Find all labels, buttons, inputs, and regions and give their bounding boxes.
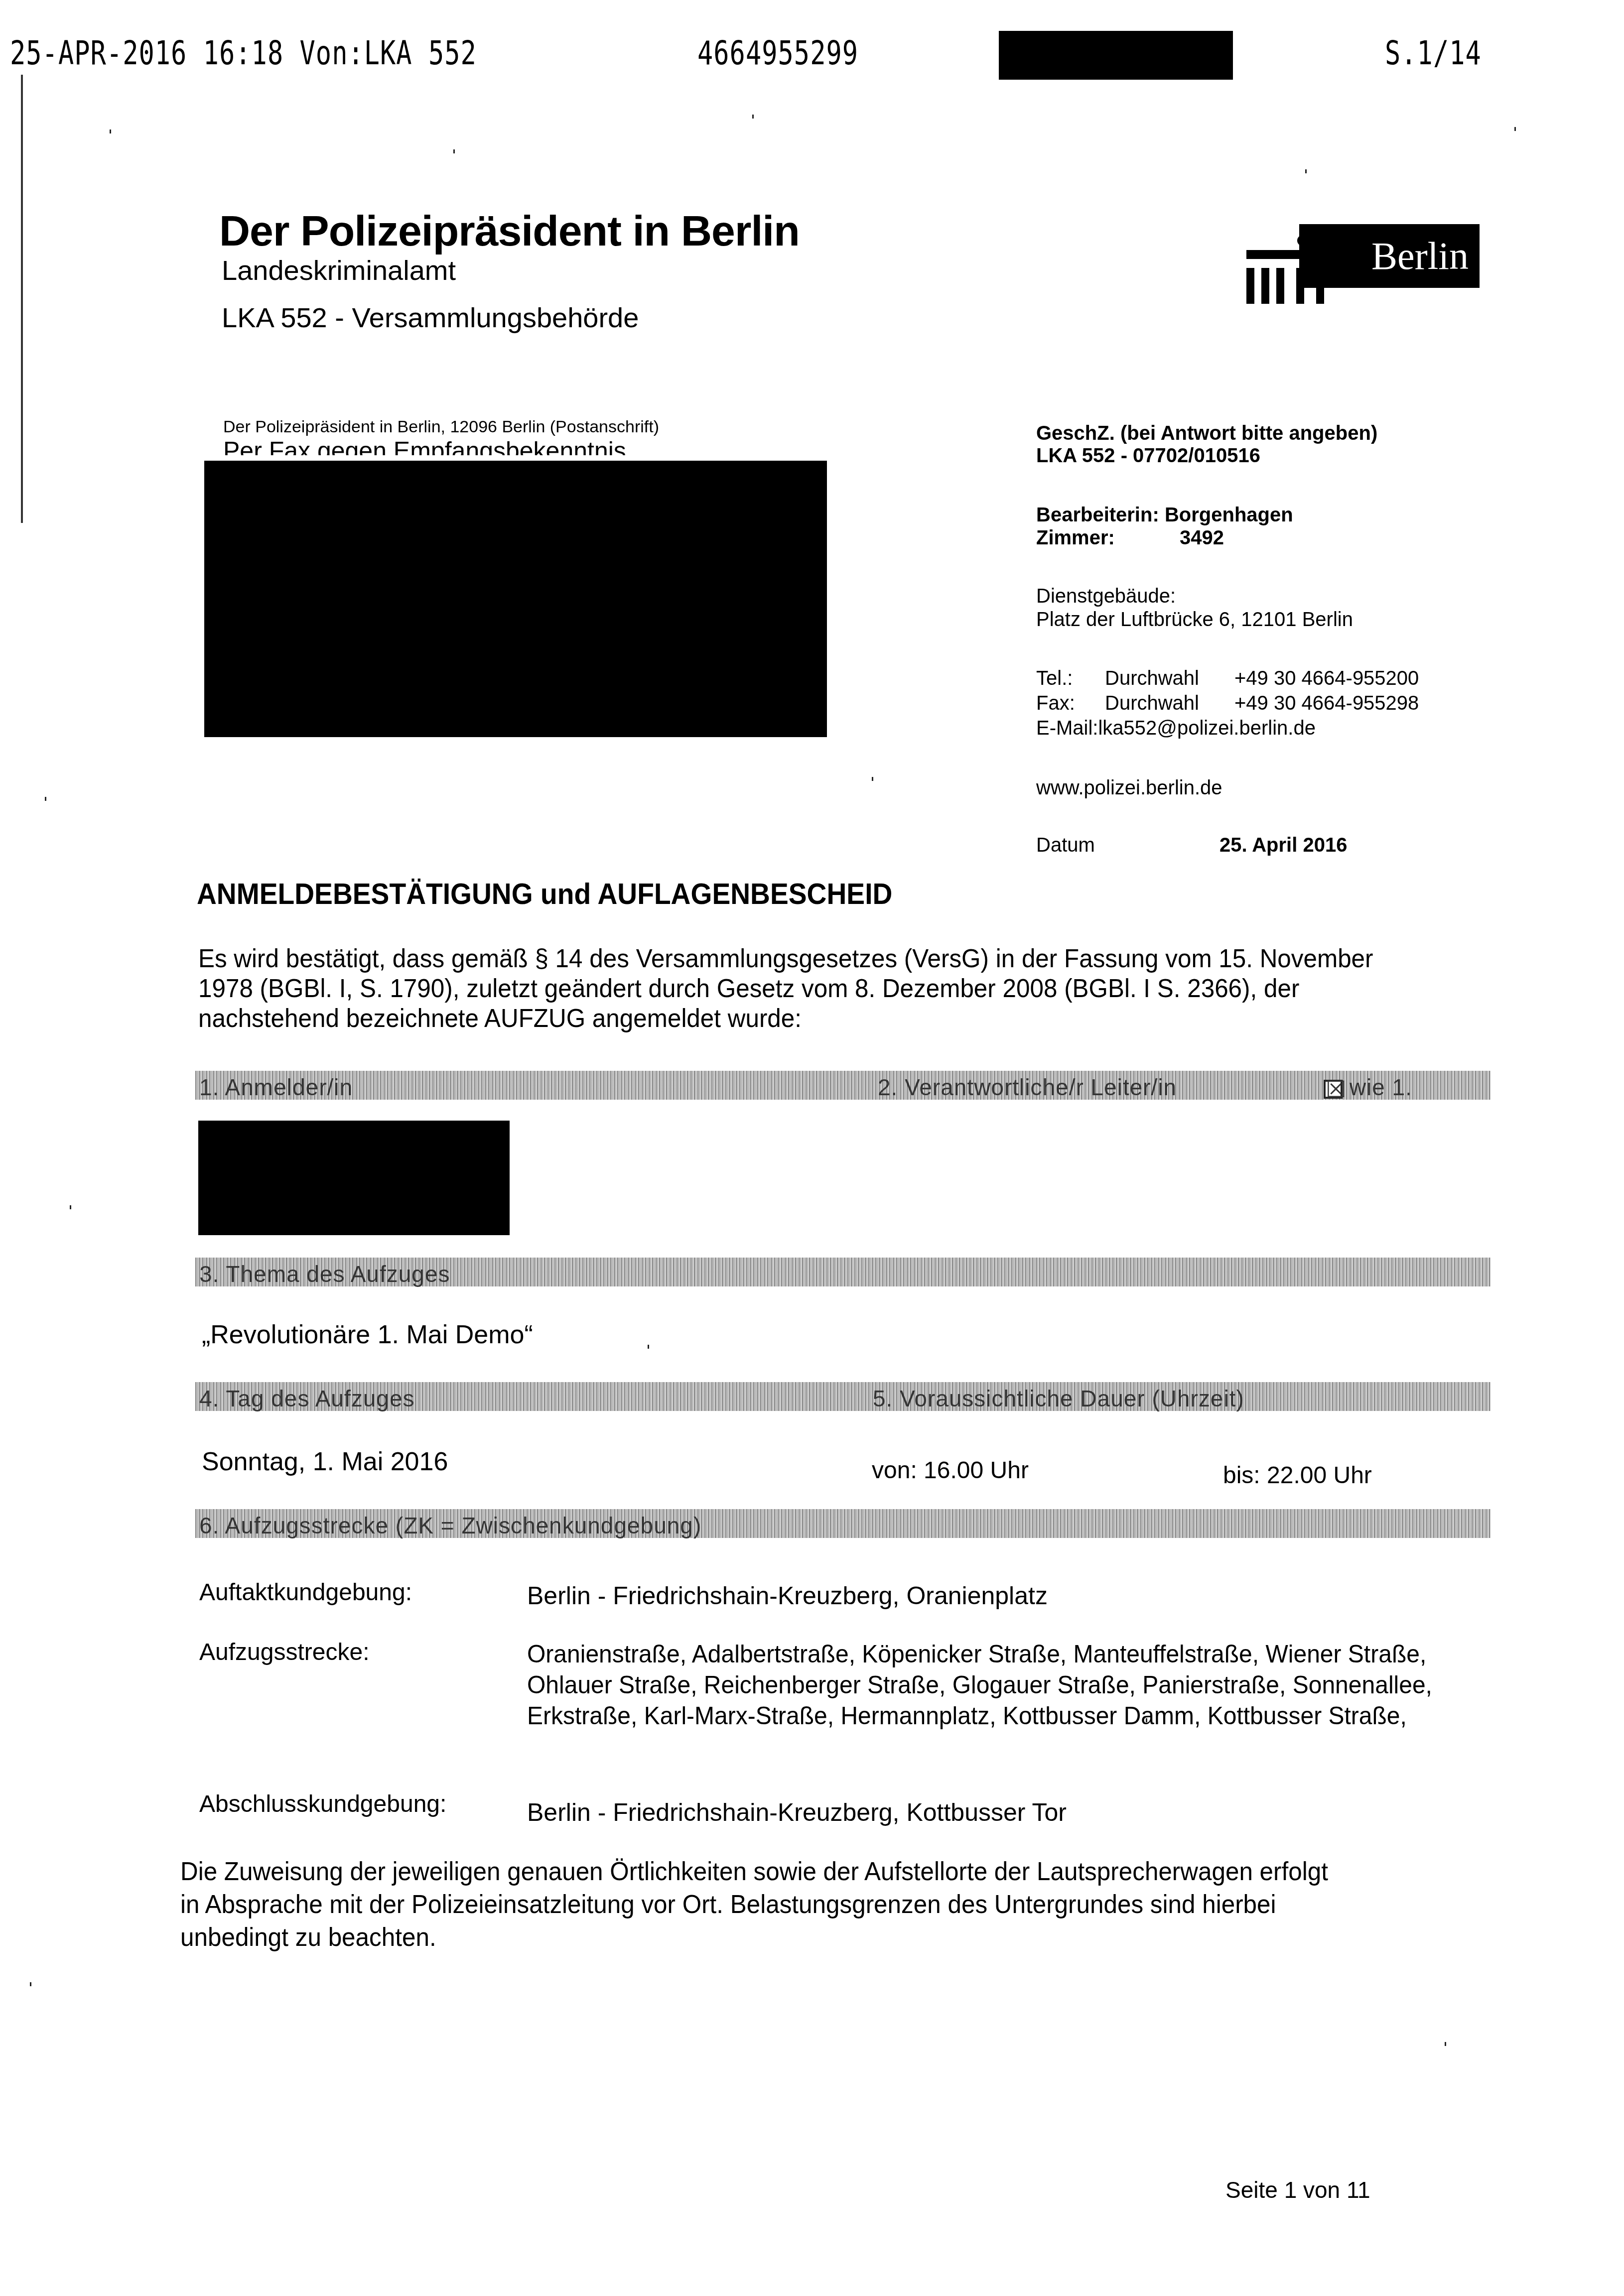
fax-label: Fax: [1036,692,1075,715]
page-footer: Seite 1 von 11 [1225,2176,1370,2203]
fax-timestamp-sender: 25-APR-2016 16:18 Von:LKA 552 [10,35,477,72]
fax-number: 4664955299 [697,35,858,72]
section-1-label: 1. Anmelder/in [199,1074,353,1101]
applicant-redaction [198,1121,510,1235]
clerk-row: Bearbeiterin: Borgenhagen [1036,504,1293,526]
room-label: Zimmer: [1036,527,1115,549]
section-bar-3: 3. Thema des Aufzuges [195,1258,1490,1286]
logo-text: Berlin [1299,224,1480,288]
end-rally-location: Berlin - Friedrichshain-Kreuzberg, Kottb… [527,1798,1067,1827]
logo-column-icon [1246,268,1254,304]
scan-noise [752,115,754,119]
demo-end-time: bis: 22.00 Uhr [1223,1462,1372,1489]
intro-paragraph: Es wird bestätigt, dass gemäß § 14 des V… [198,944,1429,1033]
scan-noise [648,1345,649,1349]
logo-column-icon [1276,268,1284,304]
tel-number: +49 30 4664-955200 [1234,667,1419,690]
reference-number: LKA 552 - 07702/010516 [1036,445,1260,467]
scan-noise [70,1205,71,1209]
start-rally-location: Berlin - Friedrichshain-Kreuzberg, Orani… [527,1581,1048,1610]
logo-column-icon [1261,268,1269,304]
recipient-redaction [204,461,827,737]
scan-noise [1445,2042,1446,2046]
section-6-label: 6. Aufzugsstrecke (ZK = Zwischenkundgebu… [199,1512,701,1539]
tel-type: Durchwahl [1105,667,1199,690]
section-3-label: 3. Thema des Aufzuges [199,1261,450,1287]
scan-noise [110,129,111,133]
closing-paragraph: Die Zuweisung der jeweiligen genauen Ört… [180,1855,1354,1954]
same-as-1-label: wie 1. [1350,1074,1412,1100]
scan-noise [45,797,46,801]
section-bar-1-2: 1. Anmelder/in 2. Verantwortliche/r Leit… [195,1071,1490,1100]
building-label: Dienstgebäude: [1036,585,1176,608]
page-edge-rule [21,75,23,523]
demo-date: Sonntag, 1. Mai 2016 [202,1447,448,1477]
tel-label: Tel.: [1036,667,1073,690]
section-bar-6: 6. Aufzugsstrecke (ZK = Zwischenkundgebu… [195,1509,1490,1538]
postal-address-line: Der Polizeipräsident in Berlin, 12096 Be… [223,417,659,437]
fax-type: Durchwahl [1105,692,1199,715]
route-streets: Oranienstraße, Adalbertstraße, Köpenicke… [527,1639,1436,1731]
clerk-name: Borgenhagen [1165,504,1293,526]
website-link[interactable]: www.polizei.berlin.de [1036,777,1222,799]
reference-label: GeschZ. (bei Antwort bitte angeben) [1036,422,1377,445]
reference-label-text: GeschZ. (bei Antwort bitte angeben) [1036,422,1377,444]
redaction-block [999,31,1233,80]
letterhead-title: Der Polizeipräsident in Berlin [219,207,800,256]
scan-noise [453,149,455,153]
end-rally-label: Abschlusskundgebung: [199,1790,446,1818]
document-heading: ANMELDEBESTÄTIGUNG und AUFLAGENBESCHEID [197,877,892,911]
demo-topic: „Revolutionäre 1. Mai Demo“ [202,1320,533,1350]
delivery-note: Per Fax gegen Empfangsbekenntnis [223,436,626,455]
fax-page-counter: S.1/14 [1385,35,1482,72]
berlin-logo: Berlin [1240,224,1489,304]
room-number: 3492 [1180,527,1224,549]
scan-noise [872,777,873,781]
section-2-label: 2. Verantwortliche/r Leiter/in [878,1074,1177,1101]
date-value: 25. April 2016 [1219,834,1347,857]
clerk-label: Bearbeiterin: [1036,504,1159,526]
section-5-label: 5. Voraussichtliche Dauer (Uhrzeit) [873,1385,1244,1412]
section-4-label: 4. Tag des Aufzuges [199,1385,414,1412]
date-label: Datum [1036,834,1095,857]
scan-noise [1305,169,1307,173]
fax-contact-number: +49 30 4664-955298 [1234,692,1419,715]
start-rally-label: Auftaktkundgebung: [199,1579,412,1606]
scan-noise [1146,1718,1147,1722]
section-2-checkbox-row: ☒ wie 1. [1324,1074,1412,1101]
letterhead-department: Landeskriminalamt [222,254,456,286]
demo-start-time: von: 16.00 Uhr [872,1457,1029,1484]
letterhead-unit: LKA 552 - Versammlungsbehörde [222,301,639,334]
building-address: Platz der Luftbrücke 6, 12101 Berlin [1036,609,1353,631]
scan-noise [30,1982,31,1986]
email-address[interactable]: E-Mail:lka552@polizei.berlin.de [1036,717,1316,740]
scan-noise [1514,127,1516,131]
route-label: Aufzugsstrecke: [199,1639,369,1666]
section-bar-4-5: 4. Tag des Aufzuges 5. Voraussichtliche … [195,1382,1490,1411]
same-as-1-checkbox[interactable]: ☒ [1324,1080,1343,1099]
